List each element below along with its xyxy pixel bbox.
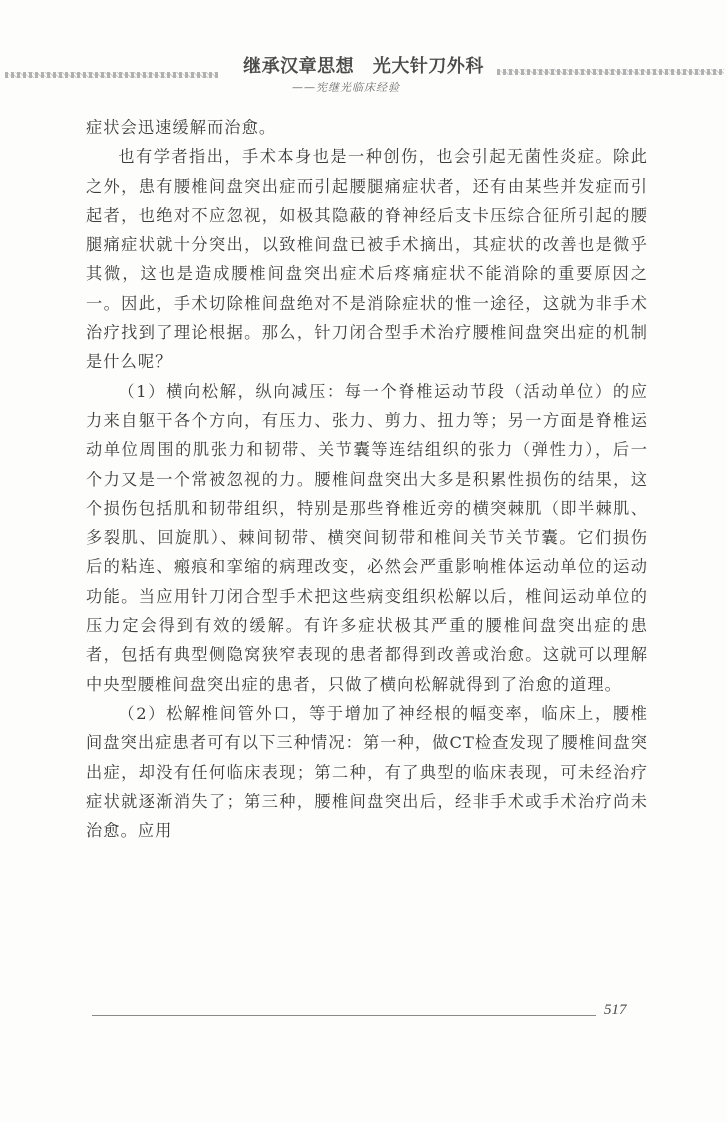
- footer-rule: [92, 1015, 596, 1016]
- body-text: 症状会迅速缓解而治愈。 也有学者指出，手术本身也是一种创伤，也会引起无菌性炎症。…: [86, 113, 648, 845]
- paragraph-point-1: （1）横向松解，纵向减压：每一个脊椎运动节段（活动单位）的应力来自躯干各个方向，…: [86, 377, 648, 699]
- header-ornament-right: [497, 69, 724, 75]
- header-title-part2: 光大针刀外科: [373, 56, 484, 77]
- running-header-subtitle: ——宪继光临床经验: [292, 79, 400, 95]
- paragraph-continuation: 症状会迅速缓解而治愈。: [86, 113, 648, 142]
- paragraph-surgery-trauma: 也有学者指出，手术本身也是一种创伤，也会引起无菌性炎症。除此之外，患有腰椎间盘突…: [86, 142, 648, 376]
- book-page: 继承汉章思想 光大针刀外科 ——宪继光临床经验 症状会迅速缓解而治愈。 也有学者…: [0, 0, 727, 1122]
- paragraph-point-2: （2）松解椎间管外口，等于增加了神经根的幅变率，临床上，腰椎间盘突出症患者可有以…: [86, 699, 648, 845]
- header-title-part1: 继承汉章思想: [243, 56, 354, 77]
- page-number: 517: [604, 1002, 627, 1019]
